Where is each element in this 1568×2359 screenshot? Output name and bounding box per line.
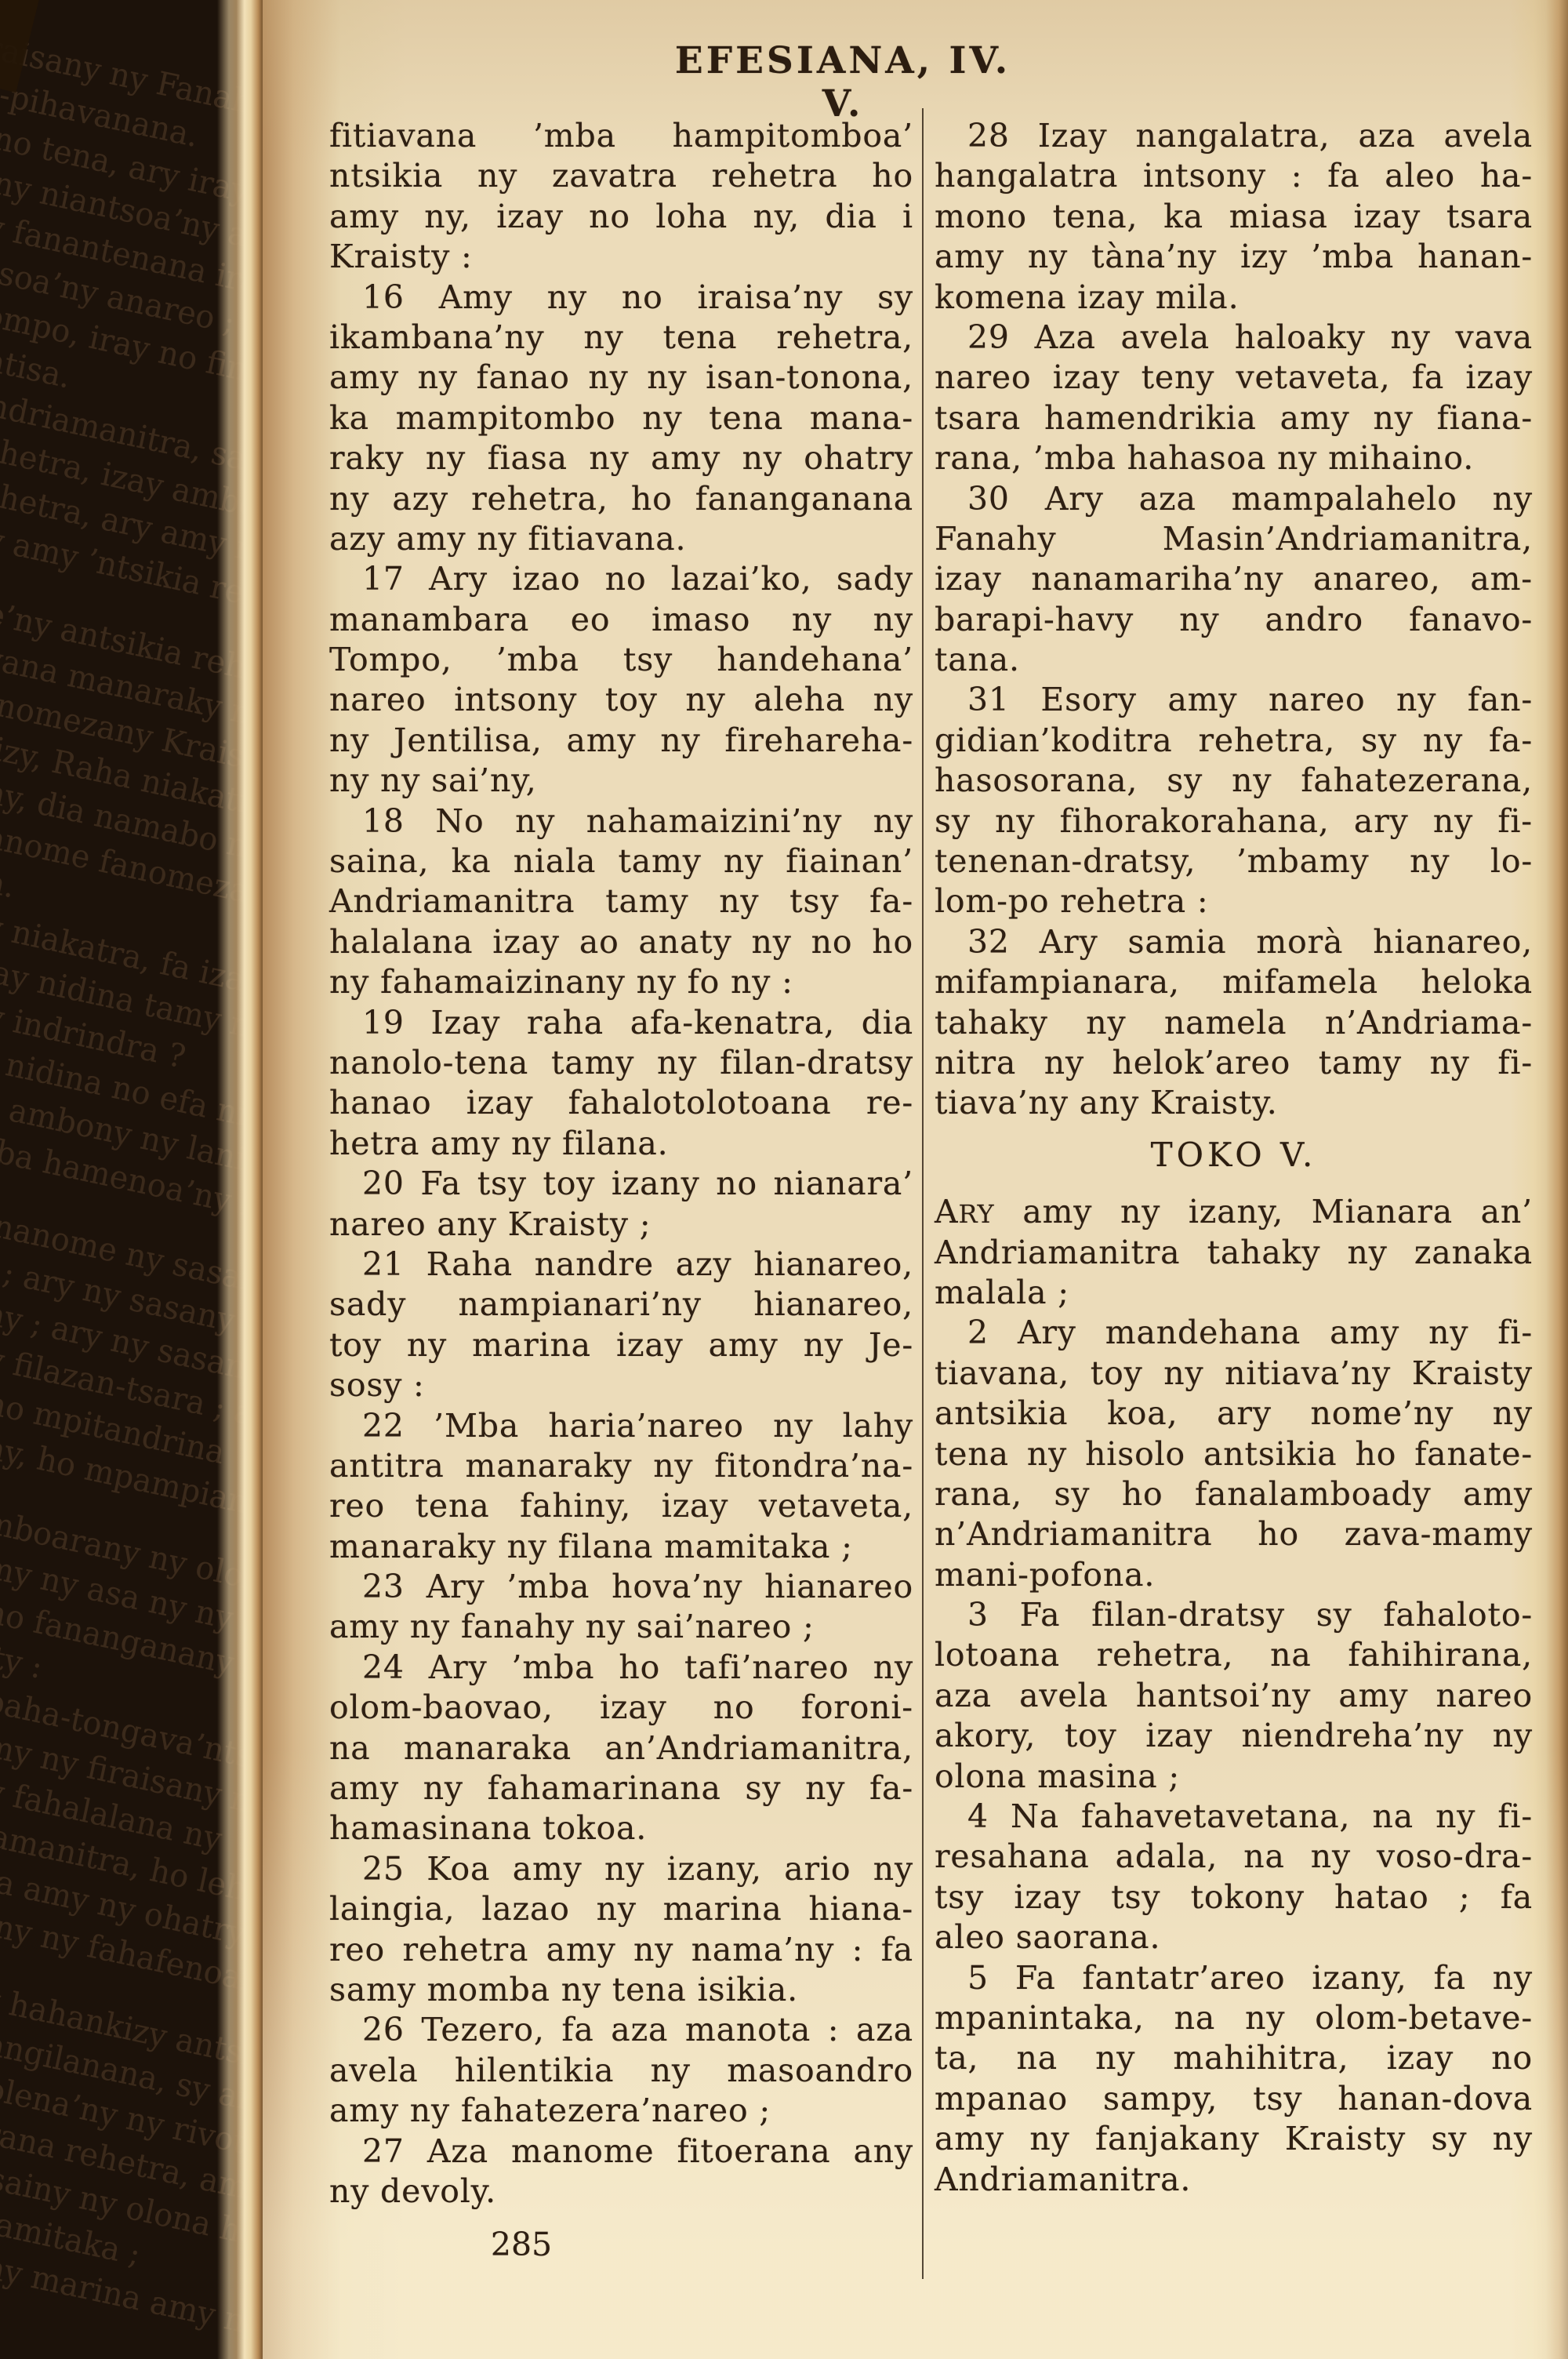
page-fore-edge [217,0,263,2359]
text-line: 21 Raha nandre azy hianareo, [329,1245,913,1285]
text-line: amy ny fahatezera’nareo ; [329,2091,913,2131]
text-line: halalana izay ao anaty ny no ho [329,922,913,962]
text-line: na manaraka an’Andriamanitra, [329,1728,913,1768]
text-line: 2 Ary mandehana amy ny fi- [935,1313,1533,1353]
text-line: tana. [935,640,1533,680]
text-line: manambara eo imaso ny ny [329,600,913,640]
text-line: sady nampianari’ny hianareo, [329,1285,913,1325]
right-column-verses-b: ARY amy ny izany, Mianara an’Andriamanit… [935,1192,1533,2200]
text-line: antsikia koa, ary nome’ny ny [935,1394,1533,1434]
text-line: tiava’ny any Kraisty. [935,1083,1533,1123]
text-line: 29 Aza avela haloaky ny vava [935,318,1533,358]
text-line: 26 Tezero, fa aza manota : aza [329,2010,913,2050]
text-line: mpanintaka, na ny olom-betave- [935,1998,1533,2038]
text-line: aleo saorana. [935,1917,1533,1957]
text-line: Fanahy Masin’Andriamanitra, [935,519,1533,559]
text-line: resahana adala, na ny voso-dra- [935,1837,1533,1877]
book-page: EFESIANA, IV. V. fitiavana ’mba hampitom… [263,0,1568,2359]
text-line: rana, sy ho fanalamboady amy [935,1474,1533,1514]
text-line: hanao izay fahalotolotoana re- [329,1083,913,1123]
text-line: olom-baovao, izay no foroni- [329,1688,913,1728]
text-line: raky ny fiasa ny amy ny ohatry [329,438,913,478]
text-line: hamasinana tokoa. [329,1808,913,1848]
text-line: toy ny marina izay amy ny Je- [329,1325,913,1365]
text-line: Tompo, ’mba tsy handehana’ [329,640,913,680]
text-line: sosy : [329,1365,913,1405]
text-line: Andriamanitra tahaky ny zanaka [935,1233,1533,1273]
text-line: azy amy ny fitiavana. [329,519,913,559]
text-line: manaraky ny filana mamitaka ; [329,1527,913,1567]
text-line: sy ny fihorakorahana, ary ny fi- [935,801,1533,841]
text-line: nareo any Kraisty ; [329,1205,913,1245]
text-line: barapi-havy ny andro fanavo- [935,600,1533,640]
text-line: mpanao sampy, tsy hanan-dova [935,2079,1533,2119]
text-line: fitiavana ’mba hampitomboa’ [329,116,913,156]
page-number: 285 [443,2226,600,2263]
text-line: mani-pofona. [935,1555,1533,1595]
text-line: gidian’koditra rehetra, sy ny fa- [935,721,1533,761]
text-line: lom-po rehetra : [935,881,1533,921]
text-line: ny fahamaizinany ny fo ny : [329,962,913,1002]
book-photo: firaisany ny Fanahyra-pihavanana.y no te… [0,0,1568,2359]
text-line: amy ny, izay no loha ny, dia i [329,197,913,237]
text-line: 16 Amy ny no iraisa’ny sy [329,278,913,318]
text-line: amy ny fanahy ny sai’nareo ; [329,1607,913,1647]
text-line: laingia, lazao ny marina hiana- [329,1889,913,1929]
text-line: akory, toy izay niendreha’ny ny [935,1716,1533,1756]
text-line: ny azy rehetra, ho fananganana [329,479,913,519]
text-line: olona masina ; [935,1757,1533,1797]
text-line: mono tena, ka miasa izay tsara [935,197,1533,237]
text-line: n’Andriamanitra ho zava-mamy [935,1514,1533,1554]
right-column: 28 Izay nangalatra, aza avelahangalatra … [935,116,1533,2200]
text-line: amy ny fanao ny ny isan-tonona, [329,358,913,398]
text-line: nareo intsony toy ny aleha ny [329,680,913,720]
text-line: malala ; [935,1273,1533,1313]
column-divider-rule [922,108,924,2279]
text-line: ny ny sai’ny, [329,761,913,801]
text-line: aza avela hantsoi’ny amy nareo [935,1676,1533,1716]
text-line: reo tena fahiny, izay vetaveta, [329,1486,913,1526]
text-line: 4 Na fahavetavetana, na ny fi- [935,1797,1533,1837]
text-line: 30 Ary aza mampalahelo ny [935,479,1533,519]
text-line: 20 Fa tsy toy izany no nianara’ [329,1164,913,1204]
text-line: tena ny hisolo antsikia ho fanate- [935,1434,1533,1474]
right-column-verses-a: 28 Izay nangalatra, aza avelahangalatra … [935,116,1533,1124]
text-line: 32 Ary samia morà hianareo, [935,922,1533,962]
running-header: EFESIANA, IV. V. [662,39,1023,125]
text-line: ARY amy ny izany, Mianara an’ [935,1192,1533,1232]
text-line: 18 No ny nahamaizini’ny ny [329,801,913,841]
text-line: 19 Izay raha afa-kenatra, dia [329,1003,913,1043]
text-line: nanolo-tena tamy ny filan-dratsy [329,1043,913,1083]
text-line: antitra manaraky ny fitondra’na- [329,1446,913,1486]
text-line: nareo izay teny vetaveta, fa izay [935,358,1533,398]
text-line: Andriamanitra. [935,2160,1533,2200]
text-line: saina, ka niala tamy ny fiainan’ [329,841,913,881]
text-line: komena izay mila. [935,278,1533,318]
previous-page-edge: firaisany ny Fanahyra-pihavanana.y no te… [0,0,263,2359]
text-line: 27 Aza manome fitoerana any [329,2132,913,2172]
text-line: 23 Ary ’mba hova’ny hianareo [329,1567,913,1607]
text-line: hasosorana, sy ny fahatezerana, [935,761,1533,801]
smallcaps-lead: RY [958,1199,994,1229]
text-line: 28 Izay nangalatra, aza avela [935,116,1533,156]
text-line: reo rehetra amy ny nama’ny : fa [329,1930,913,1970]
text-line: amy ny tàna’ny izy ’mba hanan- [935,237,1533,277]
text-line: ntsikia ny zavatra rehetra ho [329,156,913,196]
text-line: amy ny fanjakany Kraisty sy ny [935,2119,1533,2159]
text-line: avela hilentikia ny masoandro [329,2051,913,2091]
text-line: ny devoly. [329,2172,913,2212]
text-line: Kraisty : [329,237,913,277]
text-line: rana, ’mba hahasoa ny mihaino. [935,438,1533,478]
text-line: 5 Fa fantatr’areo izany, fa ny [935,1958,1533,1998]
text-line: tenenan-dratsy, ’mbamy ny lo- [935,841,1533,881]
text-line: nitra ny helok’areo tamy ny fi- [935,1043,1533,1083]
text-line: tsara hamendrikia amy ny fiana- [935,398,1533,438]
text-line: izay nanamariha’ny anareo, am- [935,559,1533,599]
text-line: tiavana, toy ny nitiava’ny Kraisty [935,1354,1533,1394]
text-line: samy momba ny tena isikia. [329,1970,913,2010]
text-line: 3 Fa filan-dratsy sy fahaloto- [935,1595,1533,1635]
text-line: tsy izay tsy tokony hatao ; fa [935,1877,1533,1917]
text-line: hangalatra intsony : fa aleo ha- [935,156,1533,196]
text-line: 25 Koa amy ny izany, ario ny [329,1849,913,1889]
text-line: 22 ’Mba haria’nareo ny lahy [329,1406,913,1446]
text-line: ka mampitombo ny tena mana- [329,398,913,438]
text-line: Andriamanitra tamy ny tsy fa- [329,881,913,921]
text-line: 17 Ary izao no lazai’ko, sady [329,559,913,599]
text-line: lotoana rehetra, na fahihirana, [935,1635,1533,1675]
text-line: ta, na ny mahihitra, izay no [935,2038,1533,2078]
text-line: mifampianara, mifamela heloka [935,962,1533,1002]
chapter-heading: TOKO V. [935,1135,1533,1175]
text-line: hetra amy ny filana. [329,1124,913,1164]
text-line: tahaky ny namela n’Andriama- [935,1003,1533,1043]
text-line: ikambana’ny ny tena rehetra, [329,318,913,358]
text-line: 24 Ary ’mba ho tafi’nareo ny [329,1648,913,1688]
text-line: 31 Esory amy nareo ny fan- [935,680,1533,720]
left-column: fitiavana ’mba hampitomboa’ntsikia ny za… [329,116,913,2212]
text-line: ny Jentilisa, amy ny firehareha- [329,721,913,761]
text-line: amy ny fahamarinana sy ny fa- [329,1768,913,1808]
